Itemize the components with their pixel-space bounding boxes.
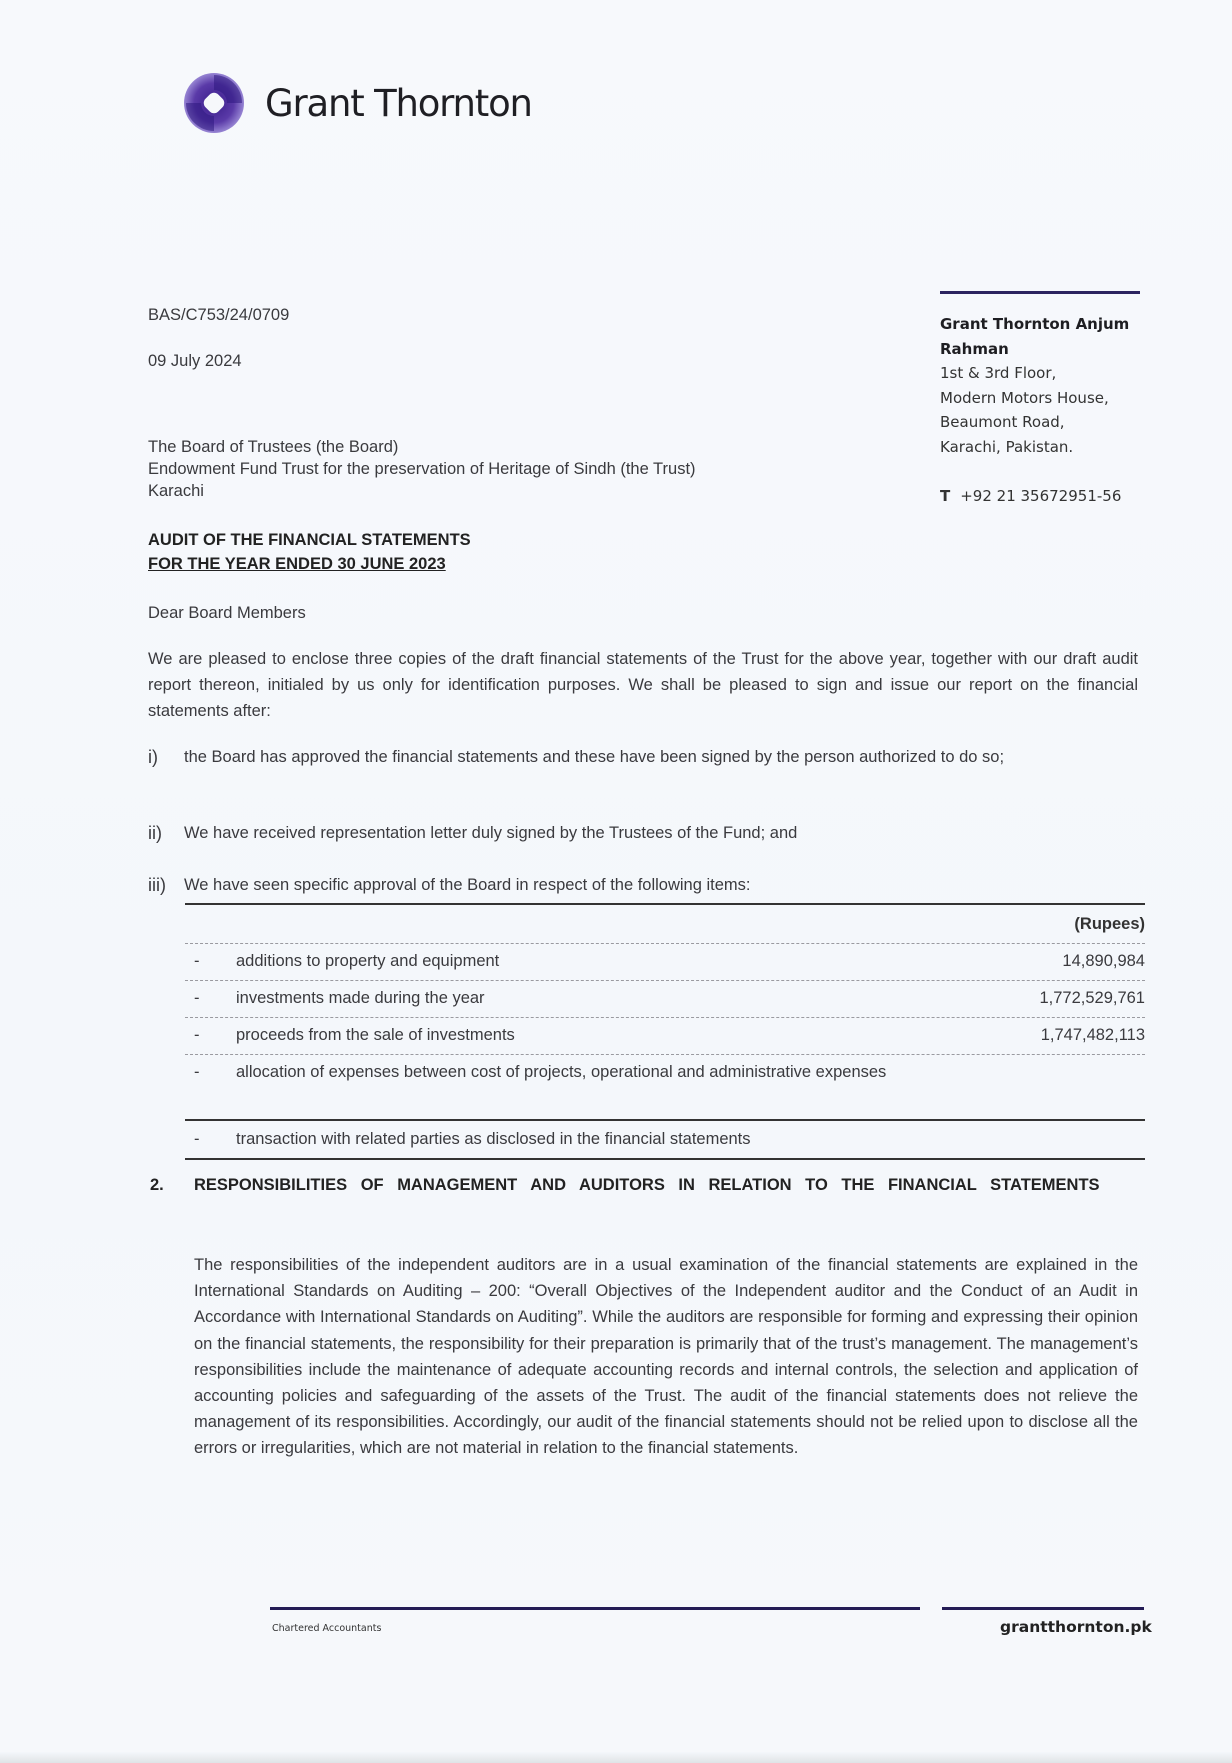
row-value [945,1059,1145,1119]
row-label: proceeds from the sale of investments [236,1018,945,1054]
row-value: 1,747,482,113 [945,1018,1145,1054]
condition-number: iii) [148,872,184,898]
row-label: additions to property and equipment [236,944,945,980]
row-bullet: - [185,1018,236,1054]
row-bullet: - [185,1059,236,1119]
firm-address-line: Modern Motors House, [940,386,1155,411]
row-label: allocation of expenses between cost of p… [236,1059,945,1119]
section-title: RESPONSIBILITIES OF MANAGEMENT AND AUDIT… [194,1172,1140,1198]
condition-text: We have received representation letter d… [184,820,1138,846]
row-value: 14,890,984 [945,944,1145,980]
telephone-label: T [940,487,950,505]
approval-items-table: (Rupees) - additions to property and equ… [185,903,1145,1160]
condition-number: ii) [148,820,184,846]
firm-address-line: 1st & 3rd Floor, [940,361,1155,386]
footer-website: grantthornton.pk [1000,1618,1152,1636]
condition-item: ii) We have received representation lett… [148,820,1138,846]
row-bullet: - [185,981,236,1017]
row-value: 1,772,529,761 [945,981,1145,1017]
grant-thornton-logo: Grant Thornton [183,72,532,134]
table-row: - transaction with related parties as di… [185,1121,1145,1160]
condition-item: i) the Board has approved the financial … [148,744,1138,770]
row-label: transaction with related parties as disc… [236,1121,945,1158]
addressee-line: Endowment Fund Trust for the preservatio… [148,458,696,480]
row-value [945,1121,1145,1158]
brand-name: Grant Thornton [265,82,532,125]
table-row: - proceeds from the sale of investments … [185,1018,1145,1055]
salutation: Dear Board Members [148,600,306,626]
table-row: - investments made during the year 1,772… [185,981,1145,1018]
footer-rule-right [942,1607,1144,1610]
intro-paragraph: We are pleased to enclose three copies o… [148,646,1138,724]
addressee-block: The Board of Trustees (the Board) Endowm… [148,436,696,502]
firm-details: Grant Thornton Anjum Rahman 1st & 3rd Fl… [940,312,1155,509]
condition-item: iii) We have seen specific approval of t… [148,872,1138,898]
section-2-body: The responsibilities of the independent … [194,1252,1138,1462]
condition-number: i) [148,744,184,770]
row-label: investments made during the year [236,981,945,1017]
letter-reference: BAS/C753/24/0709 [148,302,289,328]
letter-subject: AUDIT OF THE FINANCIAL STATEMENTS FOR TH… [148,528,471,576]
firm-telephone: T+92 21 35672951-56 [940,484,1155,509]
subject-line-2: FOR THE YEAR ENDED 30 JUNE 2023 [148,552,471,576]
addressee-line: The Board of Trustees (the Board) [148,436,696,458]
letter-date: 09 July 2024 [148,348,242,374]
condition-text: the Board has approved the financial sta… [184,744,1138,770]
table-row: - additions to property and equipment 14… [185,944,1145,981]
condition-text: We have seen specific approval of the Bo… [184,872,1138,898]
footer-chartered-accountants: Chartered Accountants [272,1623,381,1634]
firm-details-rule [940,291,1140,294]
subject-line-1: AUDIT OF THE FINANCIAL STATEMENTS [148,528,471,552]
scan-edge [0,1752,1232,1763]
firm-name: Grant Thornton Anjum Rahman [940,312,1155,361]
table-row: - allocation of expenses between cost of… [185,1055,1145,1121]
firm-address-line: Karachi, Pakistan. [940,435,1155,460]
section-number: 2. [150,1172,194,1198]
letter-page: Grant Thornton BAS/C753/24/0709 09 July … [0,0,1232,1763]
row-bullet: - [185,1121,236,1158]
row-bullet: - [185,944,236,980]
addressee-line: Karachi [148,480,696,502]
grant-thornton-swirl-logo-icon [183,72,245,134]
footer-rule-left [270,1607,920,1610]
telephone-number: +92 21 35672951-56 [960,487,1121,505]
table-unit-header: (Rupees) [185,905,1145,944]
section-2-heading: 2. RESPONSIBILITIES OF MANAGEMENT AND AU… [150,1172,1140,1198]
firm-address-line: Beaumont Road, [940,410,1155,435]
